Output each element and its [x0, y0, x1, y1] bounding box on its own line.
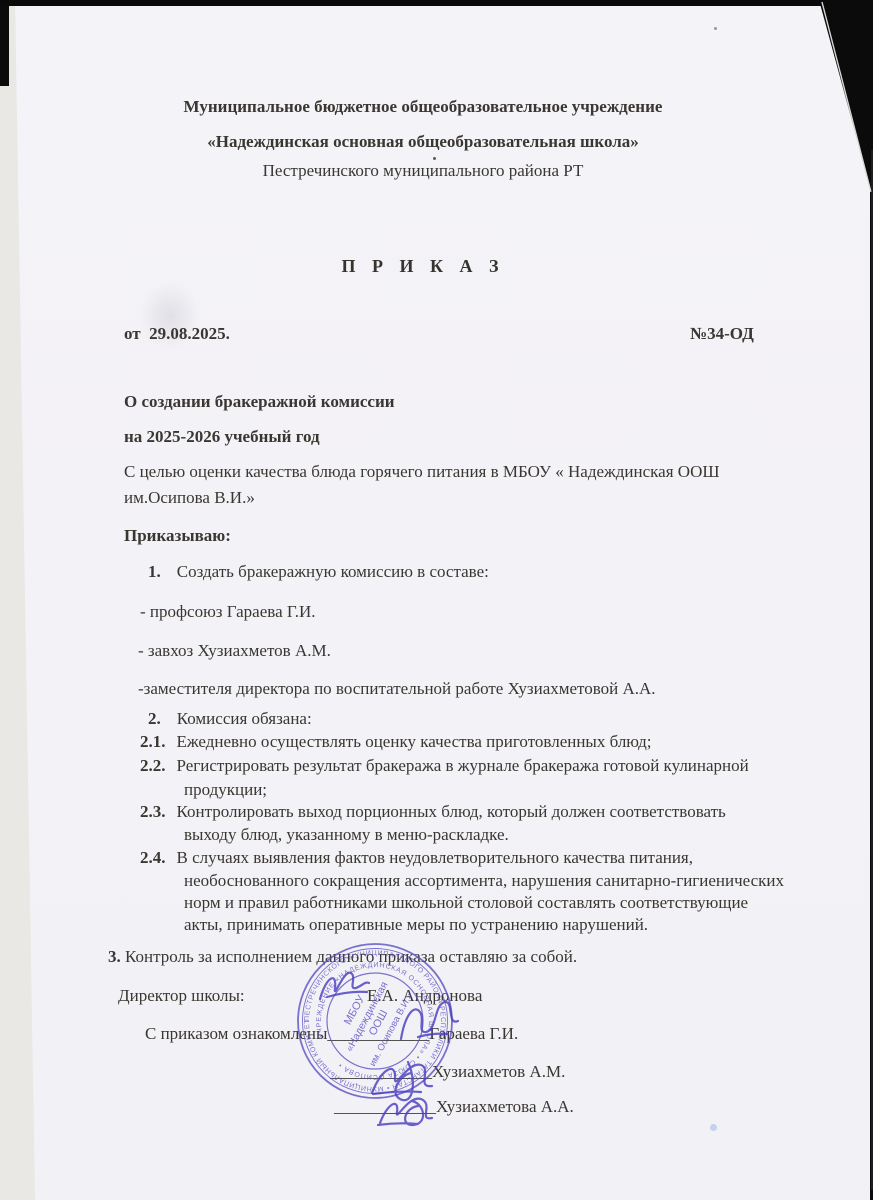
item-2-4-continuation-1: необоснованного сокращения ассортимента,…: [184, 871, 784, 890]
item-2-3-continuation: выходу блюд, указанному в меню-раскладке…: [184, 825, 509, 844]
item-1-text: Создать бракеражную комиссию в составе:: [177, 562, 489, 581]
commission-member-3: -заместителя директора по воспитательной…: [138, 679, 656, 698]
subject-line-1: О создании бракеражной комиссии: [124, 392, 395, 411]
commission-member-1: - профсоюз Гараева Г.И.: [140, 602, 316, 621]
order-number: №34-ОД: [690, 324, 754, 343]
blue-ink-speck: [710, 1124, 717, 1131]
item-2-4: 2.4.В случаях выявления фактов неудовлет…: [140, 848, 693, 867]
item-2-1-number: 2.1.: [140, 732, 166, 751]
item-2-4-number: 2.4.: [140, 848, 166, 867]
item-2-3: 2.3.Контролировать выход порционных блюд…: [140, 802, 726, 821]
item-2-4-text: В случаях выявления фактов неудовлетвори…: [177, 848, 694, 867]
ack-signature-3: [378, 1099, 432, 1125]
item-2-3-text: Контролировать выход порционных блюд, ко…: [177, 802, 726, 821]
commission-member-2: - завхоз Хузиахметов А.М.: [138, 641, 331, 660]
ack-signature-2: [372, 1062, 432, 1100]
order-date: от 29.08.2025.: [124, 324, 230, 343]
item-2-2-continuation: продукции;: [184, 780, 267, 799]
ink-dot: [433, 157, 436, 160]
item-3-number: 3.: [108, 947, 121, 966]
item-2: 2.Комиссия обязана:: [148, 709, 312, 728]
scan-speck: [714, 27, 717, 30]
scan-strip-top: [0, 0, 873, 6]
purpose-line-2: им.Осипова В.И.»: [124, 488, 255, 507]
scan-wedge-top-right: [811, 0, 873, 198]
item-2-3-number: 2.3.: [140, 802, 166, 821]
item-2-4-continuation-2: норм и правил работниками школьной столо…: [184, 893, 748, 912]
item-2-1: 2.1.Ежедневно осуществлять оценку качест…: [140, 732, 652, 751]
item-2-2-number: 2.2.: [140, 756, 166, 775]
org-name-line-2: «Надеждинская основная общеобразовательн…: [0, 132, 846, 151]
org-name-line-1: Муниципальное бюджетное общеобразователь…: [0, 97, 846, 116]
purpose-line-1: С целью оценки качества блюда горячего п…: [124, 462, 720, 481]
item-2-number: 2.: [148, 709, 161, 728]
document-title: П Р И К А З: [0, 257, 846, 276]
item-1: 1.Создать бракеражную комиссию в составе…: [148, 562, 489, 581]
item-2-text: Комиссия обязана:: [177, 709, 312, 728]
item-2-1-text: Ежедневно осуществлять оценку качества п…: [177, 732, 652, 751]
director-signature: [320, 973, 369, 999]
item-1-number: 1.: [148, 562, 161, 581]
org-name-line-3: Пестречинского муниципального района РТ: [0, 161, 846, 180]
scan-smudge: [128, 268, 212, 364]
order-word: Приказываю:: [124, 526, 231, 545]
scanned-order-document: Муниципальное бюджетное общеобразователь…: [0, 0, 873, 1200]
ink-signatures: [270, 945, 530, 1155]
ack-signature-1: [401, 1002, 458, 1039]
subject-line-2: на 2025-2026 учебный год: [124, 427, 320, 446]
item-2-2: 2.2.Регистрировать результат бракеража в…: [140, 756, 749, 775]
item-2-2-text: Регистрировать результат бракеража в жур…: [177, 756, 749, 775]
director-label: Директор школы:: [118, 986, 245, 1005]
scan-corner-top-left: [0, 0, 9, 86]
